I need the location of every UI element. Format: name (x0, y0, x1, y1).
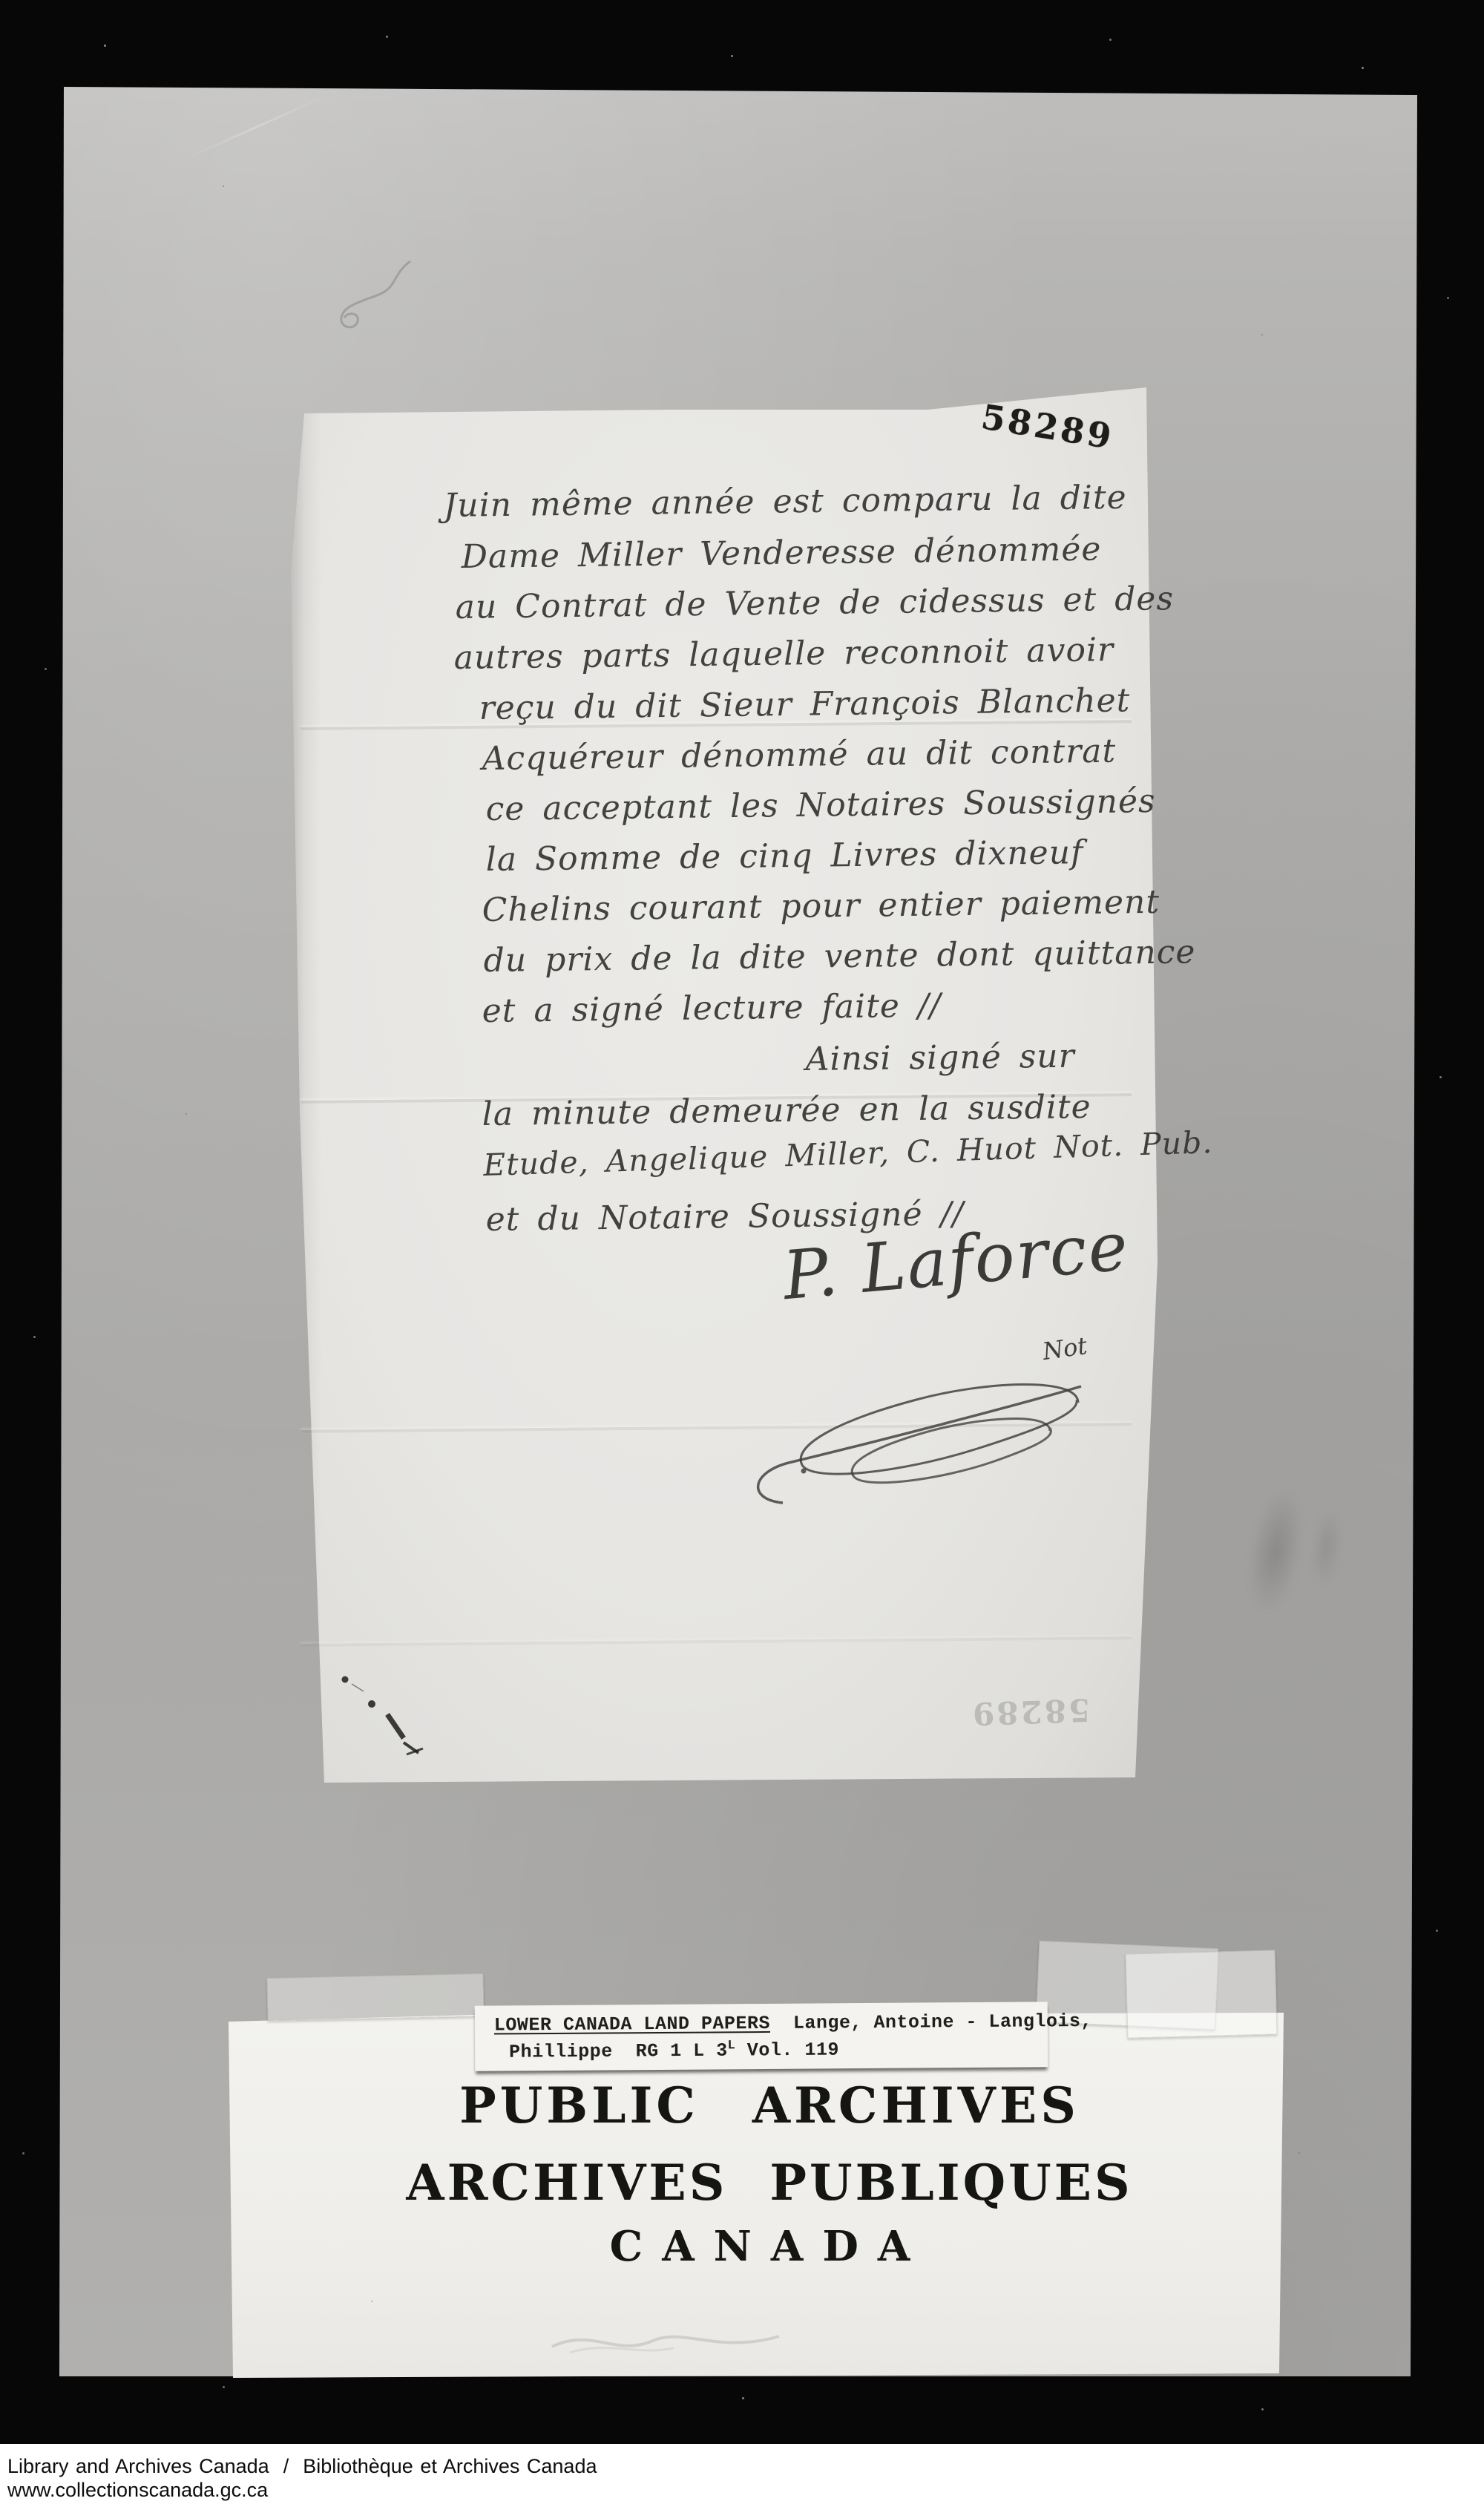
typed-label-line1: LOWER CANADA LAND PAPERS Lange, Antoine … (494, 2010, 1092, 2037)
manuscript-line: Chelins courant pour entier paiement (482, 885, 1160, 929)
typed-label-range: Lange, Antoine - Langlois, (770, 2010, 1092, 2034)
dust-speckles (104, 45, 106, 47)
manuscript-line: autres parts laquelle reconnoit avoir (453, 632, 1114, 676)
manuscript-line: Acquéreur dénommé au dit contrat (482, 734, 1116, 778)
archives-label-line3: CANADA (255, 2222, 1284, 2271)
manuscript-line: ce acceptant les Notaires Soussignés (485, 784, 1155, 827)
ink-marks (335, 1668, 432, 1761)
microfilm-scan-page: 58289 Juin même année est comparu la dit… (0, 0, 1484, 2504)
archives-label-line2: ARCHIVES PUBLIQUES (255, 2154, 1284, 2212)
archives-label-line1: PUBLIC ARCHIVES (255, 2077, 1284, 2134)
manuscript-line: et a signé lecture faite // (482, 988, 941, 1029)
signature-flourish (731, 1358, 1132, 1518)
typed-label-line2: Phillippe RG 1 L 3L Vol. 119 (509, 2034, 839, 2063)
typed-label-series-title: LOWER CANADA LAND PAPERS (494, 2013, 770, 2036)
footer-bar: Library and Archives Canada / Bibliothèq… (0, 2444, 1484, 2504)
manuscript-line: la Somme de cinq Livres dixneuf (485, 835, 1083, 878)
tape-piece (266, 1973, 484, 2021)
typed-label-volume: Vol. 119 (735, 2039, 839, 2062)
tape-piece (1126, 1950, 1278, 2038)
dirt-speckles (223, 186, 224, 187)
typed-reference-label: LOWER CANADA LAND PAPERS Lange, Antoine … (475, 2002, 1048, 2071)
pencil-scribble (548, 2323, 785, 2363)
hair-artifact (332, 254, 418, 332)
show-through-stamp: 58289 (970, 1691, 1091, 1732)
footer-url: www.collectionscanada.gc.ca (7, 2479, 268, 2502)
manuscript-line: reçu du dit Sieur François Blanchet (479, 683, 1130, 727)
typed-label-reference-sup: L (728, 2039, 736, 2053)
manuscript-line: la minute demeurée en la susdite (482, 1089, 1091, 1133)
manuscript-line: Dame Miller Venderesse dénommée (461, 531, 1101, 575)
typed-label-reference: Phillippe RG 1 L 3 (509, 2040, 728, 2063)
footer-institution: Library and Archives Canada / Bibliothèq… (7, 2455, 597, 2478)
manuscript-line: Ainsi signé sur (805, 1039, 1075, 1078)
